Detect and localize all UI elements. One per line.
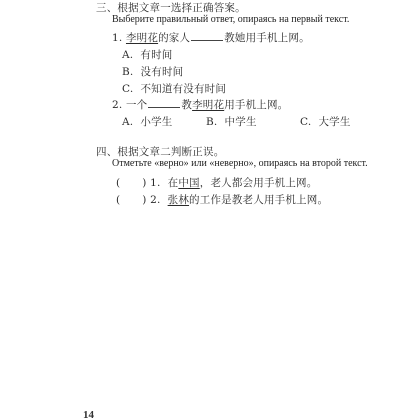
question-2-name: 李明花 <box>192 99 224 111</box>
option-letter: A. <box>122 116 133 128</box>
question-1-text-after: 教她用手机上网。 <box>224 32 310 44</box>
answer-paren-open: ( <box>116 194 120 206</box>
question-2-text-before: 一个 <box>126 99 147 111</box>
section-4-instruction: Отметьте «верно» или «неверно», опираясь… <box>112 158 368 169</box>
option-letter: A. <box>122 49 133 61</box>
section-3-heading: 三、根据文章一选择正确答案。 <box>96 0 246 15</box>
q1-option-a: A. 有时间 <box>122 47 173 62</box>
section-3-instruction: Выберите правильный ответ, опираясь на п… <box>112 14 349 25</box>
option-text: 没有时间 <box>141 66 184 78</box>
question-1-name: 李明花 <box>126 32 158 44</box>
question-1-text-before: 的家人 <box>158 32 190 44</box>
item-text-pre: 在 <box>168 177 179 189</box>
option-letter: C. <box>300 116 311 128</box>
item-text-post: ，老人都会用手机上网。 <box>200 177 318 189</box>
question-2: 2. 一个教李明花用手机上网。 <box>112 97 288 112</box>
question-2-text-after: 用手机上网。 <box>224 99 288 111</box>
true-false-item-2: () 2. 张林的工作是教老人用手机上网。 <box>116 192 328 207</box>
true-false-item-1: () 1. 在中国，老人都会用手机上网。 <box>116 175 317 190</box>
item-underlined: 张林 <box>168 194 189 206</box>
option-letter: B. <box>122 66 133 78</box>
question-2-text-middle: 教 <box>181 99 192 111</box>
option-text: 中学生 <box>225 116 257 128</box>
q1-option-b: B. 没有时间 <box>122 64 183 79</box>
q2-option-a: A. 小学生 <box>122 114 173 129</box>
option-text: 小学生 <box>140 116 172 128</box>
item-text-post: 的工作是教老人用手机上网。 <box>189 194 328 206</box>
answer-blank <box>148 98 180 108</box>
question-2-number: 2. <box>112 99 122 111</box>
q2-option-b: B. 中学生 <box>206 114 257 129</box>
item-number: 2. <box>150 194 160 206</box>
answer-paren-close: ) <box>142 194 146 206</box>
q1-option-c: C. 不知道有没有时间 <box>122 81 226 96</box>
page-number: 14 <box>83 409 94 420</box>
q2-option-c: C. 大学生 <box>300 114 351 129</box>
option-text: 有时间 <box>140 49 172 61</box>
answer-blank <box>191 31 223 41</box>
answer-paren-close: ) <box>142 177 146 189</box>
option-letter: C. <box>122 83 133 95</box>
question-1: 1. 李明花的家人教她用手机上网。 <box>112 30 310 45</box>
item-underlined: 中国 <box>178 177 199 189</box>
option-text: 不知道有没有时间 <box>140 83 226 95</box>
option-letter: B. <box>206 116 217 128</box>
item-number: 1. <box>150 177 160 189</box>
section-4-heading: 四、根据文章二判断正误。 <box>96 144 224 159</box>
answer-paren-open: ( <box>116 177 120 189</box>
option-text: 大学生 <box>318 116 350 128</box>
question-1-number: 1. <box>112 32 122 44</box>
